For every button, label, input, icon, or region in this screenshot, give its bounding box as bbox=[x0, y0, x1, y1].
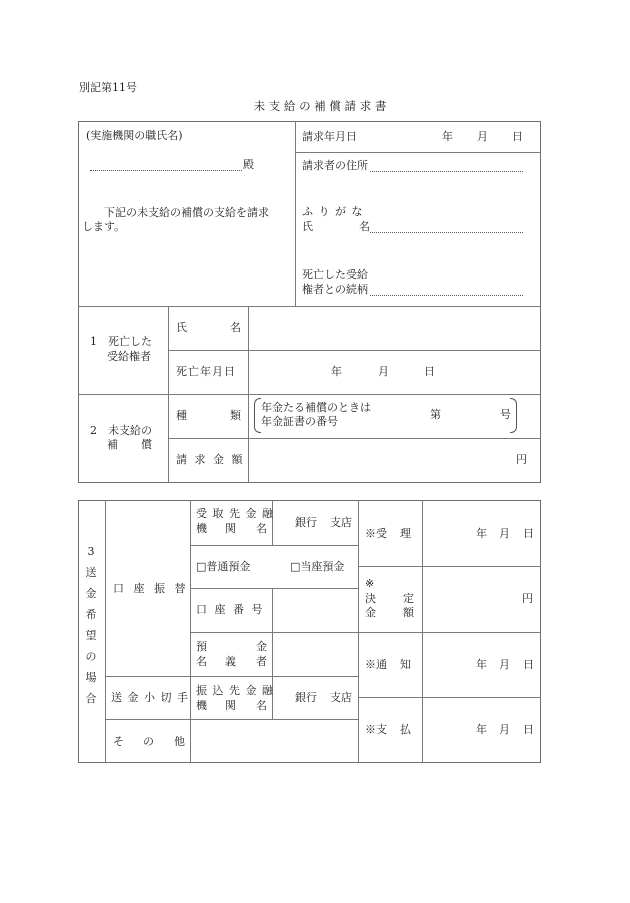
payment-day: 日 bbox=[523, 723, 534, 737]
request-text-line2: します。 bbox=[82, 220, 125, 234]
transfer-bank-suffix: 銀行 bbox=[295, 691, 317, 705]
decided-yen: 円 bbox=[522, 592, 533, 606]
furigana-label: ふ り が な bbox=[302, 205, 364, 219]
section2-label-line2a: 補 bbox=[107, 438, 118, 452]
holder-line1b: 金 bbox=[256, 640, 267, 654]
decided-line1b: 定 bbox=[403, 592, 414, 606]
deceased-name-label-2: 名 bbox=[230, 321, 241, 335]
checking-deposit-checkbox[interactable]: □当座預金 bbox=[290, 560, 344, 574]
claimant-name-field[interactable] bbox=[370, 232, 523, 233]
account-number-label: 口 座 番 号 bbox=[196, 603, 265, 617]
death-date-day: 日 bbox=[424, 365, 435, 379]
claimant-address-field[interactable] bbox=[370, 171, 523, 172]
claimant-name-label-1: 氏 bbox=[302, 220, 313, 234]
amount-yen: 円 bbox=[516, 453, 527, 467]
type-label-2: 類 bbox=[230, 409, 241, 423]
holder-line1a: 預 bbox=[196, 640, 207, 654]
account-number-field[interactable] bbox=[273, 589, 357, 632]
receiving-branch-suffix: 支店 bbox=[330, 516, 352, 530]
section2-label-line2b: 償 bbox=[141, 438, 152, 452]
right-bracket bbox=[510, 398, 517, 433]
relation-label-line2: 権者との続柄 bbox=[302, 283, 368, 297]
death-date-label: 死亡年月日 bbox=[176, 365, 236, 379]
relation-field[interactable] bbox=[370, 295, 523, 296]
transfer-institution-line1: 振 込 先 金 融 bbox=[196, 684, 274, 698]
transfer-institution-line2c: 名 bbox=[256, 699, 267, 713]
other-label-a: そ bbox=[113, 735, 124, 749]
honorific: 殿 bbox=[243, 158, 254, 172]
decided-line2a: 金 bbox=[365, 606, 376, 620]
death-date-month: 月 bbox=[378, 365, 389, 379]
decided-mark: ※ bbox=[365, 577, 374, 591]
received-day: 日 bbox=[523, 527, 534, 541]
remittance-check-label: 送 金 小 切 手 bbox=[111, 691, 189, 705]
relation-label-line1: 死亡した受給 bbox=[302, 268, 368, 282]
section1-label-line1: 1 死亡した bbox=[90, 335, 152, 349]
receiving-bank-suffix: 銀行 bbox=[295, 516, 317, 530]
received-month: 月 bbox=[499, 527, 510, 541]
other-label-b: の bbox=[143, 735, 154, 749]
notice-day: 日 bbox=[523, 658, 534, 672]
claimant-name-label-2: 名 bbox=[359, 220, 370, 234]
pension-note-line2: 年金証書の番号 bbox=[261, 415, 338, 429]
request-date-label: 請求年月日 bbox=[302, 130, 357, 144]
transfer-institution-line2a: 機 bbox=[196, 699, 207, 713]
transfer-institution-line2b: 関 bbox=[225, 699, 236, 713]
pension-note-line1: 年金たる補償のときは bbox=[261, 401, 371, 415]
addressee-label: (実施機関の職氏名) bbox=[86, 129, 183, 143]
amount-field[interactable] bbox=[249, 439, 509, 482]
receiving-institution-line1: 受 取 先 金 融 bbox=[196, 507, 274, 521]
left-bracket bbox=[254, 398, 261, 433]
type-label-1: 種 bbox=[176, 409, 187, 423]
notice-label-b: 知 bbox=[400, 658, 411, 672]
pension-number-prefix: 第 bbox=[430, 408, 441, 422]
addressee-field[interactable] bbox=[90, 170, 242, 171]
payment-year: 年 bbox=[476, 723, 487, 737]
holder-line2c: 者 bbox=[256, 655, 267, 669]
form-number: 別記第11号 bbox=[79, 81, 137, 95]
section1-label-line2: 受給権者 bbox=[107, 350, 151, 364]
received-label-b: 理 bbox=[400, 527, 411, 541]
notice-year: 年 bbox=[476, 658, 487, 672]
receiving-institution-line2c: 名 bbox=[256, 522, 267, 536]
received-label-a: ※受 bbox=[365, 527, 387, 541]
request-date-day: 日 bbox=[512, 130, 523, 144]
deceased-name-field[interactable] bbox=[249, 307, 540, 350]
transfer-branch-suffix: 支店 bbox=[330, 691, 352, 705]
other-label-c: 他 bbox=[174, 735, 185, 749]
request-date-year: 年 bbox=[442, 130, 453, 144]
section3-vertical-label: 3 送 金 希 望 の 場 合 bbox=[84, 541, 98, 709]
holder-line2a: 名 bbox=[196, 655, 207, 669]
request-text-line1: 下記の未支給の補償の支給を請求 bbox=[104, 206, 269, 220]
payment-month: 月 bbox=[499, 723, 510, 737]
holder-line2b: 義 bbox=[225, 655, 236, 669]
received-year: 年 bbox=[476, 527, 487, 541]
notice-month: 月 bbox=[499, 658, 510, 672]
decided-line1a: 決 bbox=[365, 592, 376, 606]
request-date-month: 月 bbox=[477, 130, 488, 144]
ordinary-deposit-checkbox[interactable]: □普通預金 bbox=[196, 560, 250, 574]
deceased-name-label-1: 氏 bbox=[176, 321, 187, 335]
payment-label-a: ※支 bbox=[365, 723, 387, 737]
account-transfer-label: 口 座 振 替 bbox=[113, 582, 189, 596]
decided-line2b: 額 bbox=[403, 606, 414, 620]
death-date-year: 年 bbox=[331, 365, 342, 379]
receiving-institution-line2b: 関 bbox=[225, 522, 236, 536]
notice-label-a: ※通 bbox=[365, 658, 387, 672]
amount-label: 請 求 金 額 bbox=[176, 453, 245, 467]
claimant-address-label: 請求者の住所 bbox=[302, 159, 368, 173]
other-field[interactable] bbox=[191, 720, 357, 762]
section2-label-line1: 2 未支給の bbox=[90, 424, 152, 438]
account-holder-field[interactable] bbox=[273, 633, 357, 676]
page-title: 未 支 給 の 補 償 請 求 書 bbox=[0, 99, 630, 113]
receiving-institution-line2a: 機 bbox=[196, 522, 207, 536]
payment-label-b: 払 bbox=[400, 723, 411, 737]
